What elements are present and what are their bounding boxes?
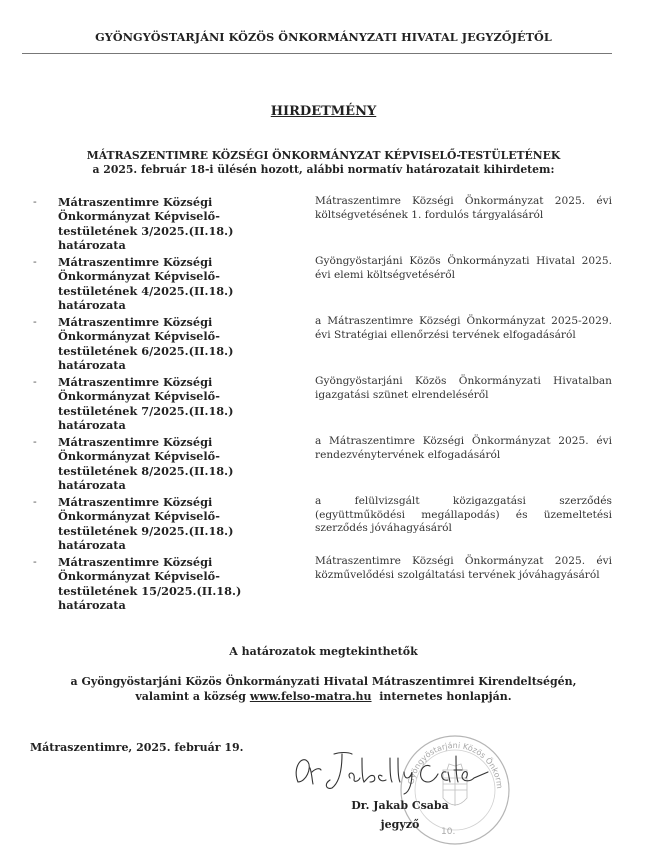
issuer-header: GYÖNGYÖSTARJÁNI KÖZÖS ÖNKORMÁNYZATI HIVA… [0, 30, 647, 44]
reference-line: határozata [58, 358, 273, 372]
intro-line-1: MÁTRASZENTIMRE KÖZSÉGI ÖNKORMÁNYZAT KÉPV… [0, 149, 647, 163]
resolution-item: - Mátraszentimre Községi Önkormányzat Ké… [0, 555, 647, 615]
signer-name: Dr. Jakab Csaba [330, 799, 470, 812]
reference-number: testületének 6/2025.(II.18.) [58, 344, 273, 358]
list-bullet: - [33, 435, 37, 448]
reference-line: Önkormányzat Képviselő- [58, 329, 273, 343]
resolution-item: - Mátraszentimre Községi Önkormányzat Ké… [0, 195, 647, 255]
reference-number: testületének 8/2025.(II.18.) [58, 464, 273, 478]
resolution-subject: Gyöngyöstarjáni Közös Önkormányzati Hiva… [315, 255, 612, 282]
document-title: HIRDETMÉNY [0, 104, 647, 119]
resolution-subject: a Mátraszentimre Községi Önkormányzat 20… [315, 435, 612, 462]
reference-number: testületének 9/2025.(II.18.) [58, 524, 273, 538]
resolution-subject: Gyöngyöstarjáni Közös Önkormányzati Hiva… [315, 375, 612, 402]
resolution-reference: Mátraszentimre Községi Önkormányzat Képv… [58, 375, 273, 433]
handwritten-signature-icon [290, 748, 490, 798]
reference-number: testületének 15/2025.(II.18.) [58, 584, 273, 598]
resolutions-list: - Mátraszentimre Községi Önkormányzat Ké… [0, 195, 647, 615]
reference-line: Mátraszentimre Községi [58, 375, 273, 389]
reference-line: Önkormányzat Képviselő- [58, 209, 273, 223]
availability-heading: A határozatok megtekinthetők [0, 645, 647, 658]
resolution-subject: Mátraszentimre Községi Önkormányzat 2025… [315, 195, 612, 222]
resolution-item: - Mátraszentimre Községi Önkormányzat Ké… [0, 375, 647, 435]
reference-line: határozata [58, 598, 273, 612]
place-and-date: Mátraszentimre, 2025. február 19. [30, 741, 243, 754]
resolution-reference: Mátraszentimre Községi Önkormányzat Képv… [58, 255, 273, 313]
resolution-reference: Mátraszentimre Községi Önkormányzat Képv… [58, 435, 273, 493]
resolution-item: - Mátraszentimre Községi Önkormányzat Ké… [0, 495, 647, 555]
reference-line: Önkormányzat Képviselő- [58, 389, 273, 403]
signer-title: jegyző [330, 818, 470, 831]
availability-prefix: valamint a község [135, 690, 249, 703]
intro-line-2: a 2025. február 18-i ülésén hozott, aláb… [0, 163, 647, 177]
resolution-reference: Mátraszentimre Községi Önkormányzat Képv… [58, 495, 273, 553]
reference-line: Mátraszentimre Községi [58, 315, 273, 329]
reference-line: Önkormányzat Képviselő- [58, 449, 273, 463]
reference-line: határozata [58, 538, 273, 552]
reference-line: határozata [58, 298, 273, 312]
availability-suffix: internetes honlapján. [372, 690, 512, 703]
header-divider [22, 53, 612, 54]
resolution-subject: a Mátraszentimre Községi Önkormányzat 20… [315, 315, 612, 342]
resolution-reference: Mátraszentimre Községi Önkormányzat Képv… [58, 195, 273, 253]
resolution-item: - Mátraszentimre Községi Önkormányzat Ké… [0, 435, 647, 495]
reference-number: testületének 4/2025.(II.18.) [58, 284, 273, 298]
website-link[interactable]: www.felso-matra.hu [250, 690, 372, 703]
reference-line: Önkormányzat Képviselő- [58, 569, 273, 583]
list-bullet: - [33, 255, 37, 268]
list-bullet: - [33, 495, 37, 508]
list-bullet: - [33, 315, 37, 328]
resolution-subject: a felülvizsgált közigazgatási szerződés … [315, 495, 612, 536]
reference-line: Mátraszentimre Községi [58, 495, 273, 509]
resolution-item: - Mátraszentimre Községi Önkormányzat Ké… [0, 255, 647, 315]
resolution-item: - Mátraszentimre Községi Önkormányzat Ké… [0, 315, 647, 375]
reference-line: Önkormányzat Képviselő- [58, 269, 273, 283]
availability-website-line: valamint a község www.felso-matra.hu int… [0, 689, 647, 704]
list-bullet: - [33, 375, 37, 388]
resolution-reference: Mátraszentimre Községi Önkormányzat Képv… [58, 555, 273, 613]
reference-line: határozata [58, 238, 273, 252]
availability-office: a Gyöngyöstarjáni Közös Önkormányzati Hi… [0, 674, 647, 689]
reference-line: Mátraszentimre Községi [58, 255, 273, 269]
reference-line: Mátraszentimre Községi [58, 435, 273, 449]
reference-line: Mátraszentimre Községi [58, 555, 273, 569]
reference-number: testületének 7/2025.(II.18.) [58, 404, 273, 418]
reference-line: Önkormányzat Képviselő- [58, 509, 273, 523]
reference-line: határozata [58, 418, 273, 432]
reference-line: Mátraszentimre Községi [58, 195, 273, 209]
reference-number: testületének 3/2025.(II.18.) [58, 224, 273, 238]
availability-locations: a Gyöngyöstarjáni Közös Önkormányzati Hi… [0, 674, 647, 704]
resolution-reference: Mátraszentimre Községi Önkormányzat Képv… [58, 315, 273, 373]
list-bullet: - [33, 555, 37, 568]
list-bullet: - [33, 195, 37, 208]
intro: MÁTRASZENTIMRE KÖZSÉGI ÖNKORMÁNYZAT KÉPV… [0, 149, 647, 177]
resolution-subject: Mátraszentimre Községi Önkormányzat 2025… [315, 555, 612, 582]
reference-line: határozata [58, 478, 273, 492]
